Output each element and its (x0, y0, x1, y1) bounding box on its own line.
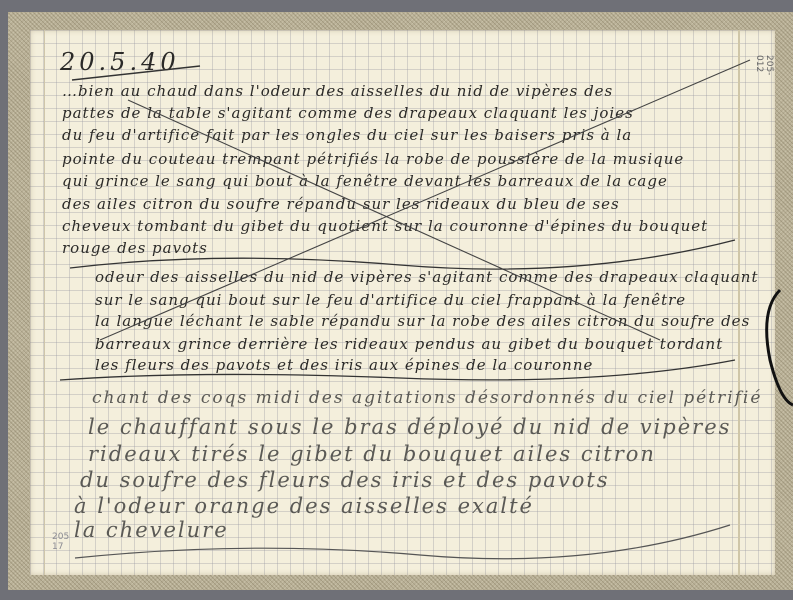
block1-line: des ailes citron du soufre répandu sur l… (62, 195, 620, 213)
block3-line: à l'odeur orange des aisselles exalté (74, 494, 534, 518)
block1-line: cheveux tombant du gibet du quotient sur… (62, 217, 708, 235)
page-edge (30, 30, 45, 575)
block2-line: les fleurs des pavots et des iris aux ép… (95, 356, 593, 374)
block1-line: …bien au chaud dans l'odeur des aisselle… (62, 82, 613, 100)
block2-line: sur le sang qui bout sur le feu d'artifi… (95, 291, 686, 309)
page-number: 205 17 (52, 532, 69, 552)
block1-line: rouge des pavots (62, 239, 208, 257)
block1-line: qui grince le sang qui bout à la fenêtre… (62, 172, 668, 190)
block3-line: chant des coqs midi des agitations désor… (92, 388, 762, 408)
block2-line: barreaux grince derrière les rideaux pen… (95, 335, 723, 353)
page-gutter (738, 30, 740, 575)
block1-line: du feu d'artifice fait par les ongles du… (62, 126, 632, 144)
block3-line: du soufre des fleurs des iris et des pav… (80, 468, 610, 492)
block2-line: odeur des aisselles du nid de vipères s'… (95, 268, 759, 286)
archive-side-note: 205-012 (754, 55, 774, 75)
block1-line: pointe du couteau trempant pétrifiés la … (62, 150, 684, 168)
block3-line: le chauffant sous le bras déployé du nid… (88, 415, 731, 439)
block3-line: la chevelure (74, 518, 229, 542)
manuscript-date: 20.5.40 (60, 48, 180, 76)
block3-line: rideaux tirés le gibet du bouquet ailes … (88, 442, 656, 466)
block2-line: la langue léchant le sable répandu sur l… (95, 312, 750, 330)
page-number-top: 205 (52, 532, 69, 542)
block1-line: pattes de la table s'agitant comme des d… (62, 104, 634, 122)
page-number-bottom: 17 (52, 542, 69, 552)
